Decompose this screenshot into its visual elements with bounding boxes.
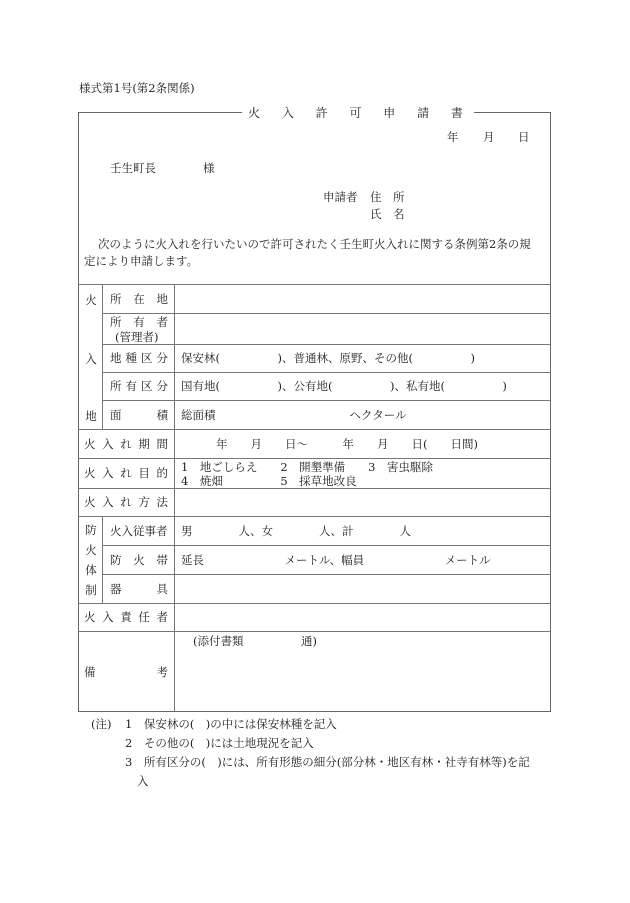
- addressee-name: 壬生町長: [110, 160, 156, 176]
- tools-label: 器 具: [110, 574, 168, 603]
- label-char: 火: [133, 552, 145, 568]
- remarks-label: 備 考: [84, 631, 168, 712]
- statement-line-2: 定により申請します。: [84, 253, 198, 269]
- remarks-field[interactable]: (添付書類 通): [193, 633, 317, 649]
- label-char: 帯: [157, 552, 169, 568]
- note-item: 2 その他の( )には土地現況を記入: [125, 735, 314, 751]
- label-char: 入: [102, 465, 114, 481]
- ownership-label: 所 有 区 分: [110, 372, 168, 400]
- label-char: 区: [141, 378, 153, 394]
- label-char: 火: [84, 465, 96, 481]
- ownership-field[interactable]: 国有地( )、公有地( )、私有地( ): [181, 372, 546, 400]
- label-char: れ: [120, 436, 132, 452]
- site-group-char: 入: [80, 351, 102, 367]
- label-char: 責: [120, 609, 132, 625]
- responsible-field[interactable]: [181, 603, 546, 631]
- method-label: 火 入 れ 方 法: [84, 488, 168, 516]
- date-month[interactable]: 月: [483, 129, 495, 145]
- responsible-label: 火 入 責 任 者: [84, 603, 168, 631]
- form-number: 様式第1号(第2条関係): [79, 80, 195, 96]
- label-char: 目: [138, 465, 150, 481]
- workers-label: 火入従事者: [110, 516, 170, 545]
- area-field[interactable]: 総面積 ヘクタール: [181, 400, 546, 429]
- land-type-field[interactable]: 保安林( )、普通林、原野、その他( ): [181, 344, 546, 372]
- area-unit: ヘクタール: [350, 407, 407, 423]
- label-char: 分: [157, 350, 169, 366]
- label-char: 方: [138, 494, 150, 510]
- area-prefix: 総面積: [181, 407, 216, 423]
- firebreak-field[interactable]: 延長 メートル、幅員 メートル: [181, 545, 546, 574]
- label-char: れ: [120, 465, 132, 481]
- purpose-options-line-2[interactable]: 4 焼畑 5 採草地改良: [181, 473, 357, 489]
- label-char: 有: [133, 314, 145, 330]
- label-char: 地: [110, 350, 122, 366]
- land-type-label: 地 種 区 分: [110, 344, 168, 372]
- applicant-name-field[interactable]: 氏 名: [370, 206, 405, 222]
- location-field[interactable]: [181, 284, 546, 313]
- label-char: 者: [157, 314, 169, 330]
- addressee-honorific: 様: [203, 160, 215, 176]
- label-char: 入: [102, 436, 114, 452]
- label-char: 任: [138, 609, 150, 625]
- label-char: れ: [120, 494, 132, 510]
- method-field[interactable]: [181, 488, 546, 516]
- fire-group-char: 防: [80, 522, 102, 538]
- purpose-label: 火 入 れ 目 的: [84, 458, 168, 488]
- label-column-rule: [174, 284, 175, 712]
- applicant-label: 申請者: [323, 189, 358, 205]
- period-label: 火 入 れ 期 間: [84, 429, 168, 458]
- label-char: 所: [110, 291, 122, 307]
- owner-sublabel: (管理者): [115, 329, 158, 345]
- label-char: 地: [157, 291, 169, 307]
- label-char: 入: [102, 494, 114, 510]
- label-char: 区: [141, 350, 153, 366]
- label-char: 期: [138, 436, 150, 452]
- site-group-char: 地: [80, 408, 102, 424]
- note-item: 入: [137, 773, 149, 789]
- label-char: 在: [133, 291, 145, 307]
- label-char: 者: [157, 609, 169, 625]
- area-label: 面 積: [110, 400, 168, 429]
- label-char: 器: [110, 581, 122, 597]
- label-char: 火: [84, 494, 96, 510]
- form-title: 火 入 許 可 申 請 書: [242, 104, 474, 121]
- date-year[interactable]: 年: [447, 129, 459, 145]
- label-char: 所: [110, 378, 122, 394]
- note-item: 1 保安林の( )の中には保安林種を記入: [125, 716, 337, 732]
- statement-line-1: 次のように火入れを行いたいので許可されたく壬生町火入れに関する条例第2条の規: [98, 236, 531, 252]
- label-char: 種: [126, 350, 138, 366]
- label-char: 入: [102, 609, 114, 625]
- firebreak-label: 防 火 帯: [110, 545, 168, 574]
- fire-group-char: 制: [80, 582, 102, 598]
- fire-group-char: 体: [80, 562, 102, 578]
- label-char: 法: [157, 494, 169, 510]
- label-char: 面: [110, 407, 122, 423]
- label-char: 備: [84, 664, 96, 680]
- location-label: 所 在 地: [110, 284, 168, 313]
- label-char: 的: [157, 465, 169, 481]
- workers-field[interactable]: 男 人、女 人、計 人: [181, 516, 546, 545]
- site-group-char: 火: [80, 292, 102, 308]
- date-day[interactable]: 日: [518, 129, 530, 145]
- label-char: 所: [110, 314, 122, 330]
- label-char: 防: [110, 552, 122, 568]
- owner-field[interactable]: [181, 313, 546, 344]
- notes-prefix: (注): [91, 716, 111, 732]
- label-char: 考: [157, 664, 169, 680]
- label-char: 分: [157, 378, 169, 394]
- label-char: 積: [157, 407, 169, 423]
- fire-group-char: 火: [80, 542, 102, 558]
- group-column-rule: [102, 284, 103, 429]
- tools-field[interactable]: [181, 574, 546, 603]
- label-char: 火: [84, 436, 96, 452]
- label-char: 有: [126, 378, 138, 394]
- note-item: 3 所有区分の( )には、所有形態の細分(部分林・地区有林・社寺有林等)を記: [125, 754, 530, 770]
- label-char: 具: [157, 581, 169, 597]
- group-column-rule: [102, 516, 103, 603]
- owner-label: 所 有 者: [110, 314, 168, 330]
- applicant-address-field[interactable]: 住 所: [370, 189, 405, 205]
- label-char: 火: [84, 609, 96, 625]
- period-field[interactable]: 年 月 日〜 年 月 日( 日間): [216, 429, 546, 458]
- label-char: 間: [157, 436, 169, 452]
